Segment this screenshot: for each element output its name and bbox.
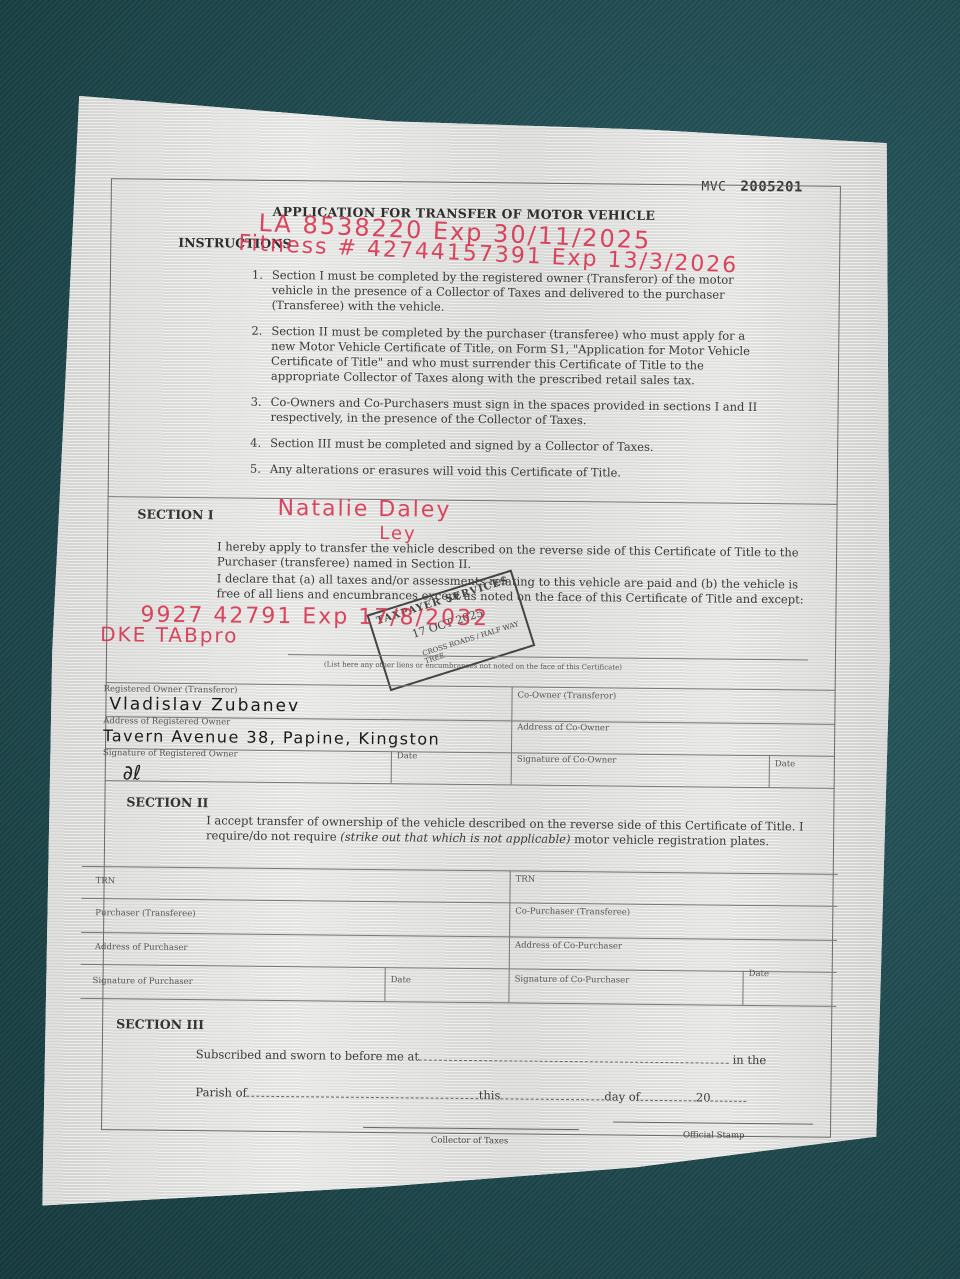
section2-text-italic: (strike out that which is not applicable… — [340, 830, 570, 846]
instruction-item: 5.Any alterations or erasures will void … — [250, 462, 770, 482]
instruction-number: 2. — [251, 324, 272, 384]
purchaser-signature-label: Signature of Purchaser — [93, 976, 193, 987]
sworn-prefix: Subscribed and sworn to before me at — [196, 1047, 419, 1063]
month-field[interactable] — [640, 1100, 696, 1102]
co-owner-signature-label: Signature of Co-Owner — [517, 754, 617, 765]
purchaser-label: Purchaser (Transferee) — [95, 908, 195, 919]
handwritten-name-note: Natalie Daley — [277, 496, 451, 523]
registered-owner-field[interactable]: Vladislav Zubanev — [109, 694, 300, 716]
this-label: this — [479, 1088, 501, 1102]
sworn-location-field[interactable] — [419, 1059, 729, 1063]
instruction-item: 3.Co-Owners and Co-Purchasers must sign … — [250, 395, 770, 430]
co-owner-label: Co-Owner (Transferor) — [518, 690, 617, 701]
year-field[interactable] — [711, 1101, 747, 1102]
instruction-number: 4. — [250, 436, 270, 451]
instruction-text: Section III must be completed and signed… — [270, 436, 654, 455]
section2-accept-text: I accept transfer of ownership of the ve… — [206, 813, 816, 849]
sworn-suffix: in the — [733, 1053, 767, 1067]
co-purchaser-address-label: Address of Co-Purchaser — [515, 940, 622, 951]
instruction-number: 5. — [250, 462, 270, 477]
co-purchaser-label: Co-Purchaser (Transferee) — [515, 906, 630, 917]
co-purchaser-date-label: Date — [749, 969, 769, 979]
co-owner-address-label: Address of Co-Owner — [517, 722, 609, 733]
instructions-list: 1.Section I must be completed by the reg… — [250, 268, 772, 493]
instruction-number: 1. — [252, 268, 272, 313]
instruction-number: 3. — [250, 395, 270, 425]
section2-text-b: motor vehicle registration plates. — [570, 832, 769, 848]
day-field[interactable] — [500, 1098, 604, 1100]
owner-signature: ∂ℓ — [123, 760, 142, 784]
instruction-item: 4.Section III must be completed and sign… — [250, 436, 770, 456]
year-prefix: 20 — [696, 1090, 711, 1104]
owner-address-field[interactable]: Tavern Avenue 38, Papine, Kingston — [103, 726, 440, 749]
instruction-item: 1.Section I must be completed by the reg… — [252, 268, 772, 318]
trn-right-label: TRN — [516, 874, 536, 884]
purchaser-date-label: Date — [391, 975, 411, 985]
instruction-text: Co-Owners and Co-Purchasers must sign in… — [270, 395, 770, 430]
handwritten-lien-holder: DKE TABpro — [100, 622, 239, 647]
section1-heading: SECTION I — [137, 506, 213, 522]
official-stamp-label: Official Stamp — [683, 1130, 745, 1141]
section3-heading: SECTION III — [116, 1016, 204, 1032]
parish-field[interactable] — [247, 1096, 479, 1099]
co-purchaser-signature-label: Signature of Co-Purchaser — [515, 974, 630, 985]
instruction-text: Section I must be completed by the regis… — [272, 268, 772, 318]
certificate-paper: MVC2005201 APPLICATION FOR TRANSFER OF M… — [42, 96, 900, 1215]
co-owner-date-label: Date — [775, 759, 795, 769]
day-of-label: day of — [604, 1089, 640, 1103]
section1-apply-text: I hereby apply to transfer the vehicle d… — [217, 539, 813, 575]
purchaser-address-label: Address of Purchaser — [95, 942, 188, 953]
instruction-text: Any alterations or erasures will void th… — [270, 462, 621, 481]
instruction-item: 2.Section II must be completed by the pu… — [251, 324, 772, 389]
owner-date-label: Date — [397, 751, 417, 761]
section2-heading: SECTION II — [126, 794, 208, 810]
instruction-text: Section II must be completed by the purc… — [271, 324, 772, 389]
collector-label: Collector of Taxes — [431, 1136, 508, 1147]
parish-prefix: Parish of — [195, 1085, 247, 1100]
owner-signature-label: Signature of Registered Owner — [103, 748, 238, 759]
trn-left-label: TRN — [96, 876, 116, 886]
